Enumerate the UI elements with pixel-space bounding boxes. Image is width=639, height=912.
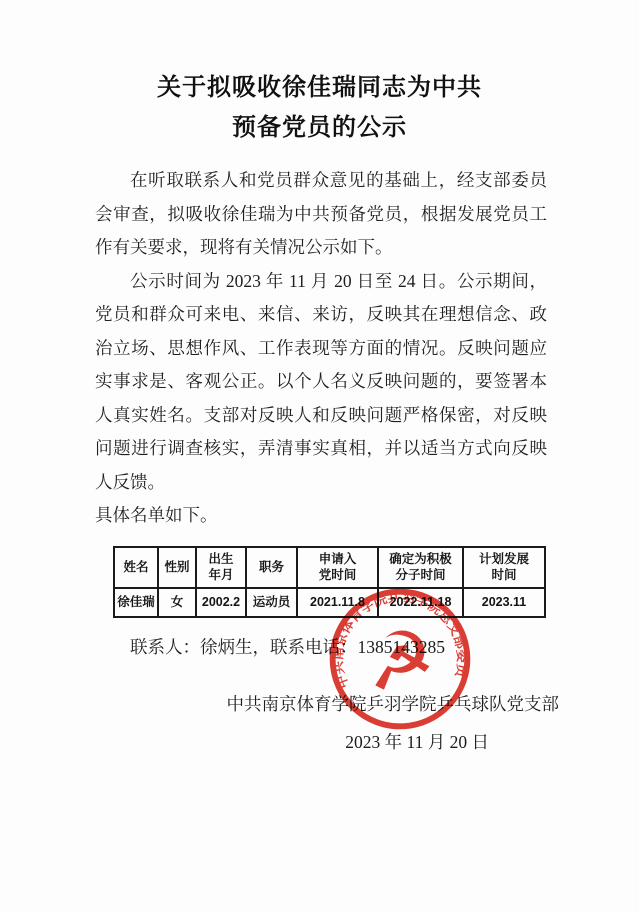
- table-header-row: 姓名 性别 出生 年月 职务 申请入 党时间 确定为积极 分子时间 计划发展 时…: [114, 547, 545, 588]
- cell-planned-development-time: 2023.11: [463, 588, 545, 617]
- candidate-roster-table: 姓名 性别 出生 年月 职务 申请入 党时间 确定为积极 分子时间 计划发展 时…: [113, 546, 546, 618]
- cell-birth-date: 2002.2: [196, 588, 246, 617]
- paragraph-publicity-period: 公示时间为 2023 年 11 月 20 日至 24 日。公示期间，党员和群众可…: [95, 265, 547, 500]
- party-branch-signature: 中共南京体育学院乒羽学院乒乓球队党支部: [0, 691, 559, 717]
- header-name: 姓名: [114, 547, 158, 588]
- paragraph-intro: 在听取联系人和党员群众意见的基础上，经支部委员会审查，拟吸收徐佳瑞为中共预备党员…: [95, 164, 547, 265]
- cell-name: 徐佳瑞: [114, 588, 158, 617]
- header-gender: 性别: [158, 547, 196, 588]
- header-activist-time: 确定为积极 分子时间: [378, 547, 463, 588]
- page-title: 关于拟吸收徐佳瑞同志为中共 预备党员的公示: [0, 68, 639, 148]
- cell-position: 运动员: [246, 588, 297, 617]
- contact-line: 联系人：徐炳生，联系电话：1385143285: [95, 631, 547, 664]
- title-line-2: 预备党员的公示: [0, 108, 639, 148]
- signature-date: 2023 年 11 月 20 日: [0, 729, 489, 755]
- cell-activist-time: 2022.11.18: [378, 588, 463, 617]
- cell-gender: 女: [158, 588, 196, 617]
- header-planned-development-time: 计划发展 时间: [463, 547, 545, 588]
- cell-application-time: 2021.11.8: [297, 588, 378, 617]
- table-row: 徐佳瑞 女 2002.2 运动员 2021.11.8 2022.11.18 20…: [114, 588, 545, 617]
- header-birth-date: 出生 年月: [196, 547, 246, 588]
- header-position: 职务: [246, 547, 297, 588]
- header-application-time: 申请入 党时间: [297, 547, 378, 588]
- list-intro-line: 具体名单如下。: [95, 499, 547, 533]
- scanned-notice-page: 关于拟吸收徐佳瑞同志为中共 预备党员的公示 在听取联系人和党员群众意见的基础上，…: [0, 0, 639, 912]
- notice-body: 在听取联系人和党员群众意见的基础上，经支部委员会审查，拟吸收徐佳瑞为中共预备党员…: [95, 164, 547, 618]
- title-line-1: 关于拟吸收徐佳瑞同志为中共: [0, 68, 639, 108]
